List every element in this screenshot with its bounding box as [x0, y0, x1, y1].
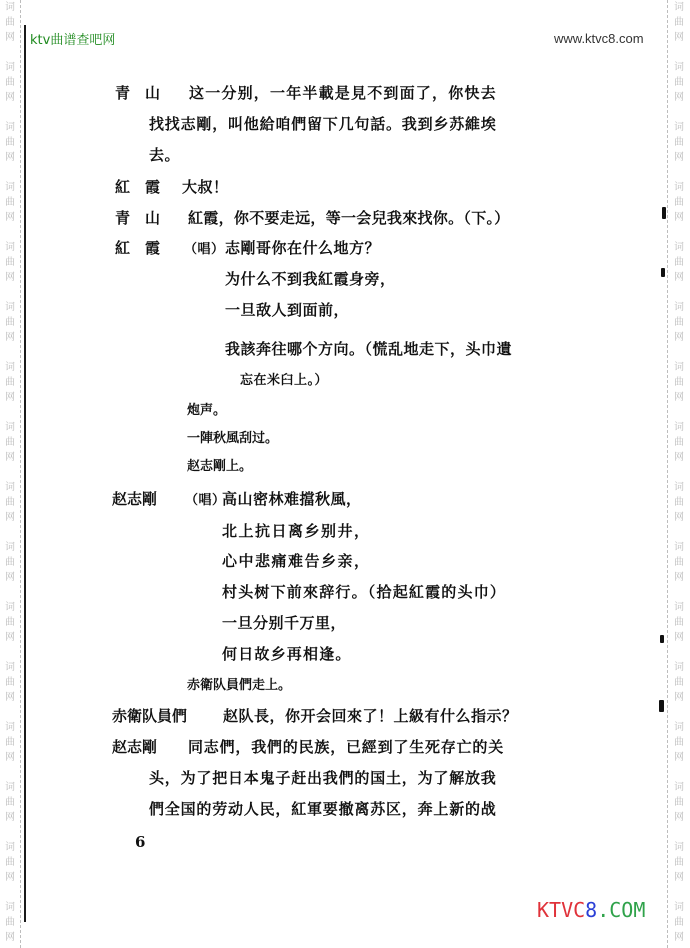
side-watermark-char: 词 — [668, 900, 690, 915]
scan-speck — [660, 635, 664, 643]
stage-direction: 一陣秋風刮过。 — [187, 427, 278, 446]
dialogue-line: 去。 — [149, 144, 180, 165]
side-watermark-char: 网 — [0, 930, 20, 945]
lyric-line: 一旦敌人到面前， — [225, 299, 349, 320]
side-watermark: 词曲网 — [0, 0, 20, 45]
side-watermark-char: 网 — [668, 930, 690, 945]
logo-text-ktvc: KTVC — [537, 898, 585, 922]
side-watermark-char: 曲 — [0, 15, 20, 30]
side-watermark-char: 词 — [0, 360, 20, 375]
logo-text-8: 8 — [585, 898, 597, 922]
side-watermark: 词曲网 — [668, 300, 690, 345]
lyric-line: 我該奔往哪个方向。（慌乱地走下，头巾遺 — [225, 338, 512, 359]
dialogue-line: 头，为了把日本鬼子赶出我們的国土，为了解放我 — [149, 767, 497, 788]
side-watermark: 词曲网 — [0, 600, 20, 645]
lyric-line: 为什么不到我紅霞身旁， — [225, 268, 396, 289]
side-watermark: 词曲网 — [0, 300, 20, 345]
site-name-watermark: ktv曲谱查吧网 — [30, 29, 115, 48]
side-watermark-char: 词 — [668, 300, 690, 315]
side-watermark-char: 网 — [668, 270, 690, 285]
speaker-name: 青 山 — [115, 207, 160, 228]
side-watermark: 词曲网 — [668, 360, 690, 405]
speaker-name: 赤衛队員們 — [112, 705, 187, 726]
side-watermark-char: 曲 — [668, 135, 690, 150]
side-watermark-char: 曲 — [0, 195, 20, 210]
side-watermark-char: 网 — [0, 510, 20, 525]
side-watermark-char: 网 — [668, 690, 690, 705]
side-watermark: 词曲网 — [0, 420, 20, 465]
side-watermark: 词曲网 — [668, 780, 690, 825]
side-watermark-char: 网 — [668, 150, 690, 165]
side-watermark: 词曲网 — [0, 780, 20, 825]
side-watermark-char: 网 — [0, 390, 20, 405]
side-watermark-char: 词 — [668, 600, 690, 615]
left-watermark-strip: 词曲网词曲网词曲网词曲网词曲网词曲网词曲网词曲网词曲网词曲网词曲网词曲网词曲网词… — [0, 0, 21, 948]
side-watermark-char: 曲 — [0, 555, 20, 570]
side-watermark-char: 曲 — [668, 75, 690, 90]
side-watermark-char: 曲 — [668, 615, 690, 630]
side-watermark-char: 曲 — [668, 555, 690, 570]
scan-speck — [662, 207, 666, 219]
dialogue-line: 同志們，我們的民族，已經到了生死存亡的关 — [188, 736, 504, 757]
side-watermark: 词曲网 — [668, 660, 690, 705]
side-watermark-char: 词 — [0, 720, 20, 735]
side-watermark: 词曲网 — [668, 0, 690, 45]
side-watermark: 词曲网 — [668, 420, 690, 465]
speaker-name: 赵志剛 — [112, 488, 157, 509]
site-url-watermark: www.ktvc8.com — [554, 31, 644, 46]
page-number: 6 — [135, 833, 145, 851]
side-watermark-char: 网 — [668, 510, 690, 525]
dialogue-line: 大叔！ — [182, 176, 229, 197]
side-watermark-char: 曲 — [0, 75, 20, 90]
side-watermark-char: 词 — [0, 900, 20, 915]
side-watermark-char: 网 — [0, 810, 20, 825]
side-watermark-char: 网 — [668, 750, 690, 765]
side-watermark-char: 曲 — [668, 855, 690, 870]
side-watermark-char: 网 — [0, 90, 20, 105]
side-watermark-char: 曲 — [0, 795, 20, 810]
side-watermark-char: 网 — [668, 570, 690, 585]
side-watermark: 词曲网 — [668, 600, 690, 645]
lyric-line: 北上抗日离乡别井， — [222, 520, 371, 541]
side-watermark-char: 网 — [0, 330, 20, 345]
side-watermark-char: 曲 — [0, 735, 20, 750]
side-watermark-char: 网 — [0, 630, 20, 645]
side-watermark: 词曲网 — [0, 540, 20, 585]
lyric-line: 心中悲痛难告乡亲， — [222, 550, 371, 571]
side-watermark: 词曲网 — [0, 180, 20, 225]
dialogue-line: 这一分别，一年半載是見不到面了，你快去 — [189, 82, 497, 103]
side-watermark-char: 词 — [668, 0, 690, 15]
side-watermark-char: 词 — [0, 120, 20, 135]
speaker-name: 赵志剛 — [112, 736, 157, 757]
stage-direction: 炮声。 — [187, 399, 226, 418]
side-watermark-char: 词 — [0, 840, 20, 855]
lyric-line: 志剛哥你在什么地方？ — [225, 237, 380, 258]
side-watermark: 词曲网 — [0, 840, 20, 885]
dialogue-line: 赵队長，你开会回來了！上級有什么指示？ — [223, 705, 518, 726]
side-watermark: 词曲网 — [668, 720, 690, 765]
side-watermark-char: 网 — [0, 150, 20, 165]
side-watermark-char: 词 — [0, 780, 20, 795]
side-watermark: 词曲网 — [668, 480, 690, 525]
side-watermark-char: 网 — [668, 810, 690, 825]
side-watermark-char: 曲 — [668, 195, 690, 210]
dialogue-line: 紅霞，你不要走远，等一会兒我來找你。（下。） — [188, 207, 510, 228]
side-watermark-char: 网 — [0, 450, 20, 465]
dialogue-line: 們全国的劳动人民，紅軍要撤离苏区，奔上新的战 — [149, 798, 497, 819]
side-watermark-char: 词 — [0, 480, 20, 495]
side-watermark-char: 曲 — [668, 795, 690, 810]
side-watermark-char: 词 — [668, 120, 690, 135]
side-watermark-char: 曲 — [668, 735, 690, 750]
side-watermark: 词曲网 — [668, 840, 690, 885]
side-watermark-char: 词 — [0, 600, 20, 615]
side-watermark-char: 词 — [0, 0, 20, 15]
side-watermark-char: 词 — [0, 180, 20, 195]
side-watermark: 词曲网 — [0, 360, 20, 405]
side-watermark-char: 曲 — [0, 435, 20, 450]
side-watermark-char: 网 — [668, 450, 690, 465]
side-watermark-char: 词 — [668, 540, 690, 555]
side-watermark-char: 网 — [0, 270, 20, 285]
side-watermark: 词曲网 — [668, 240, 690, 285]
side-watermark-char: 词 — [668, 360, 690, 375]
speaker-name: 紅 霞 — [115, 176, 160, 197]
side-watermark-char: 词 — [668, 240, 690, 255]
side-watermark-char: 词 — [668, 780, 690, 795]
side-watermark-char: 曲 — [0, 255, 20, 270]
side-watermark-char: 词 — [668, 60, 690, 75]
side-watermark-char: 词 — [0, 660, 20, 675]
dialogue-line: 找找志剛，叫他給咱們留下几句話。我到乡苏維埃 — [149, 113, 497, 134]
side-watermark-char: 曲 — [668, 375, 690, 390]
speaker-name: 青 山 — [115, 82, 160, 103]
side-watermark-char: 网 — [668, 390, 690, 405]
footer-site-logo: KTVC8.COM — [537, 898, 645, 922]
side-watermark: 词曲网 — [668, 540, 690, 585]
side-watermark-char: 网 — [0, 30, 20, 45]
stage-direction: 赤衛队員們走上。 — [187, 674, 291, 693]
scan-speck — [661, 268, 665, 277]
side-watermark-char: 曲 — [668, 15, 690, 30]
side-watermark-char: 网 — [668, 90, 690, 105]
singing-cue: （唱） — [184, 238, 225, 257]
speaker-name: 紅 霞 — [115, 237, 160, 258]
logo-text-com: .COM — [597, 898, 645, 922]
side-watermark-char: 词 — [0, 420, 20, 435]
scan-speck — [659, 700, 664, 712]
side-watermark: 词曲网 — [0, 660, 20, 705]
side-watermark: 词曲网 — [0, 60, 20, 105]
side-watermark-char: 词 — [0, 240, 20, 255]
lyric-line: 一旦分别千万里， — [222, 612, 346, 633]
side-watermark-char: 词 — [668, 480, 690, 495]
lyric-line: 高山密林难擋秋風， — [222, 488, 362, 509]
side-watermark-char: 网 — [0, 570, 20, 585]
side-watermark-char: 曲 — [0, 135, 20, 150]
side-watermark-char: 曲 — [0, 315, 20, 330]
singing-cue: （唱） — [185, 489, 226, 508]
side-watermark-char: 网 — [0, 210, 20, 225]
side-watermark-char: 词 — [668, 420, 690, 435]
side-watermark: 词曲网 — [668, 900, 690, 945]
side-watermark-char: 网 — [0, 870, 20, 885]
side-watermark: 词曲网 — [668, 60, 690, 105]
side-watermark-char: 曲 — [0, 855, 20, 870]
stage-direction: 忘在米臼上。） — [240, 369, 328, 388]
side-watermark-char: 曲 — [668, 255, 690, 270]
side-watermark-char: 曲 — [668, 435, 690, 450]
side-watermark-char: 曲 — [0, 495, 20, 510]
side-watermark-char: 网 — [0, 750, 20, 765]
side-watermark-char: 网 — [668, 630, 690, 645]
side-watermark-char: 曲 — [0, 615, 20, 630]
side-watermark-char: 网 — [668, 30, 690, 45]
side-watermark-char: 网 — [668, 210, 690, 225]
side-watermark: 词曲网 — [0, 720, 20, 765]
lyric-line: 何日故乡再相逢。 — [222, 643, 352, 664]
side-watermark-char: 曲 — [668, 495, 690, 510]
side-watermark-char: 网 — [668, 870, 690, 885]
side-watermark-char: 词 — [668, 720, 690, 735]
side-watermark-char: 曲 — [0, 375, 20, 390]
side-watermark-char: 网 — [0, 690, 20, 705]
right-watermark-strip: 词曲网词曲网词曲网词曲网词曲网词曲网词曲网词曲网词曲网词曲网词曲网词曲网词曲网词… — [667, 0, 690, 948]
side-watermark-char: 曲 — [668, 315, 690, 330]
lyric-line: 村头树下前來辞行。（拾起紅霞的头巾） — [222, 581, 506, 602]
side-watermark-char: 曲 — [0, 675, 20, 690]
side-watermark-char: 词 — [0, 300, 20, 315]
side-watermark-char: 网 — [668, 330, 690, 345]
side-watermark-char: 曲 — [0, 915, 20, 930]
side-watermark-char: 词 — [668, 180, 690, 195]
side-watermark: 词曲网 — [0, 480, 20, 525]
side-watermark-char: 曲 — [668, 675, 690, 690]
side-watermark-char: 词 — [0, 60, 20, 75]
side-watermark: 词曲网 — [0, 240, 20, 285]
side-watermark: 词曲网 — [668, 120, 690, 165]
side-watermark: 词曲网 — [0, 900, 20, 945]
side-watermark: 词曲网 — [0, 120, 20, 165]
side-watermark-char: 词 — [0, 540, 20, 555]
side-watermark-char: 词 — [668, 840, 690, 855]
side-watermark: 词曲网 — [668, 180, 690, 225]
side-watermark-char: 词 — [668, 660, 690, 675]
page-left-border — [24, 25, 26, 922]
stage-direction: 赵志剛上。 — [187, 455, 252, 474]
side-watermark-char: 曲 — [668, 915, 690, 930]
